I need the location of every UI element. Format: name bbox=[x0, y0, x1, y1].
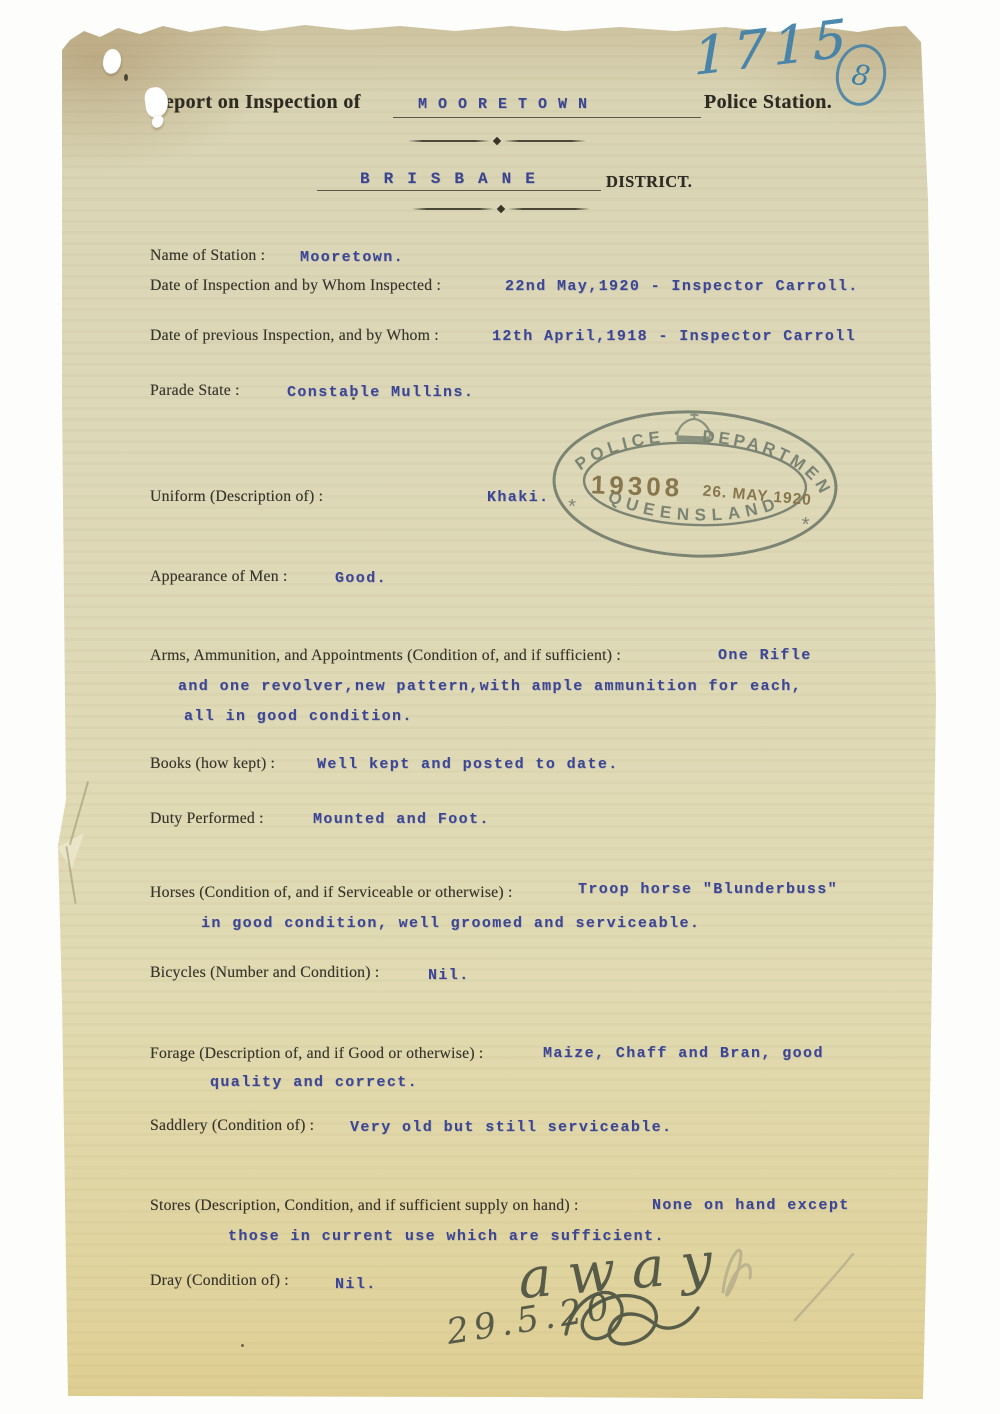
field-dray-label: Dray (Condition of) : bbox=[150, 1272, 289, 1290]
district-underline bbox=[317, 190, 601, 191]
field-parade-state-label: Parade State : bbox=[150, 382, 240, 400]
paper-speck bbox=[124, 74, 128, 81]
stamp-arc-police: POLICE bbox=[571, 424, 666, 477]
field-duty-label: Duty Performed : bbox=[150, 810, 264, 828]
field-forage-value-line1: Maize, Chaff and Bran, good bbox=[543, 1045, 824, 1062]
field-dray-value: Nil. bbox=[335, 1276, 377, 1293]
scanned-document-page: 1715 8 Report on Inspection of MOORETOWN… bbox=[0, 0, 1000, 1414]
field-previous-inspection-label: Date of previous Inspection, and by Whom… bbox=[150, 327, 439, 345]
field-books-label: Books (how kept) : bbox=[150, 755, 275, 773]
field-parade-state-value: Constable Mullins. bbox=[287, 384, 474, 401]
field-date-of-inspection-label: Date of Inspection and by Whom Inspected… bbox=[150, 277, 441, 295]
field-books-value: Well kept and posted to date. bbox=[317, 756, 619, 773]
field-uniform-label: Uniform (Description of) : bbox=[150, 488, 323, 506]
station-name-underline bbox=[393, 117, 701, 118]
field-appearance-value: Good. bbox=[335, 570, 387, 587]
ornamental-divider bbox=[412, 206, 590, 212]
field-bicycles-value: Nil. bbox=[428, 967, 470, 984]
field-saddlery-label: Saddlery (Condition of) : bbox=[150, 1117, 314, 1135]
station-name-typed: MOORETOWN bbox=[418, 96, 598, 113]
field-arms-value-line2: and one revolver,new pattern,with ample … bbox=[178, 678, 802, 695]
page-number: 8 bbox=[849, 57, 872, 93]
faint-pencil-marks bbox=[695, 1226, 865, 1338]
field-name-of-station-value: Mooretown. bbox=[300, 249, 404, 266]
field-name-of-station-label: Name of Station : bbox=[150, 247, 265, 265]
ornamental-divider bbox=[408, 138, 586, 144]
field-uniform-value: Khaki. bbox=[487, 489, 549, 506]
stamp-text-police: POLICE bbox=[571, 424, 666, 477]
field-appearance-label: Appearance of Men : bbox=[150, 568, 288, 586]
stamp-number: 19308 bbox=[590, 469, 683, 502]
field-horses-label: Horses (Condition of, and if Serviceable… bbox=[150, 884, 513, 902]
field-arms-value-line1: One Rifle bbox=[718, 647, 812, 664]
district-label: DISTRICT. bbox=[606, 172, 692, 192]
field-bicycles-label: Bicycles (Number and Condition) : bbox=[150, 964, 379, 982]
field-arms-label: Arms, Ammunition, and Appointments (Cond… bbox=[150, 647, 621, 665]
district-name-typed: BRISBANE bbox=[360, 170, 549, 188]
field-forage-value-line2: quality and correct. bbox=[210, 1074, 418, 1091]
field-stores-label: Stores (Description, Condition, and if s… bbox=[150, 1197, 579, 1215]
field-arms-value-line3: all in good condition. bbox=[184, 708, 413, 725]
field-stores-value-line1: None on hand except bbox=[652, 1197, 850, 1214]
stamp-mark-left: * bbox=[568, 496, 577, 518]
stamp-mark-right: * bbox=[801, 514, 810, 536]
paper-speck bbox=[241, 1344, 244, 1347]
field-date-of-inspection-value: 22nd May,1920 - Inspector Carroll. bbox=[505, 278, 859, 295]
field-forage-label: Forage (Description of, and if Good or o… bbox=[150, 1045, 484, 1063]
police-department-stamp: POLICE DEPARTMENT QUEENSLAND 19308 26. M… bbox=[542, 398, 847, 570]
field-saddlery-value: Very old but still serviceable. bbox=[350, 1119, 672, 1136]
field-horses-value-line2: in good condition, well groomed and serv… bbox=[201, 915, 700, 932]
report-title-suffix: Police Station. bbox=[704, 91, 832, 114]
field-horses-value-line1: Troop horse "Blunderbuss" bbox=[578, 881, 838, 898]
field-duty-value: Mounted and Foot. bbox=[313, 811, 490, 828]
field-previous-inspection-value: 12th April,1918 - Inspector Carroll bbox=[492, 328, 856, 345]
crown-icon bbox=[674, 412, 713, 442]
report-title-prefix: Report on Inspection of bbox=[150, 91, 361, 114]
